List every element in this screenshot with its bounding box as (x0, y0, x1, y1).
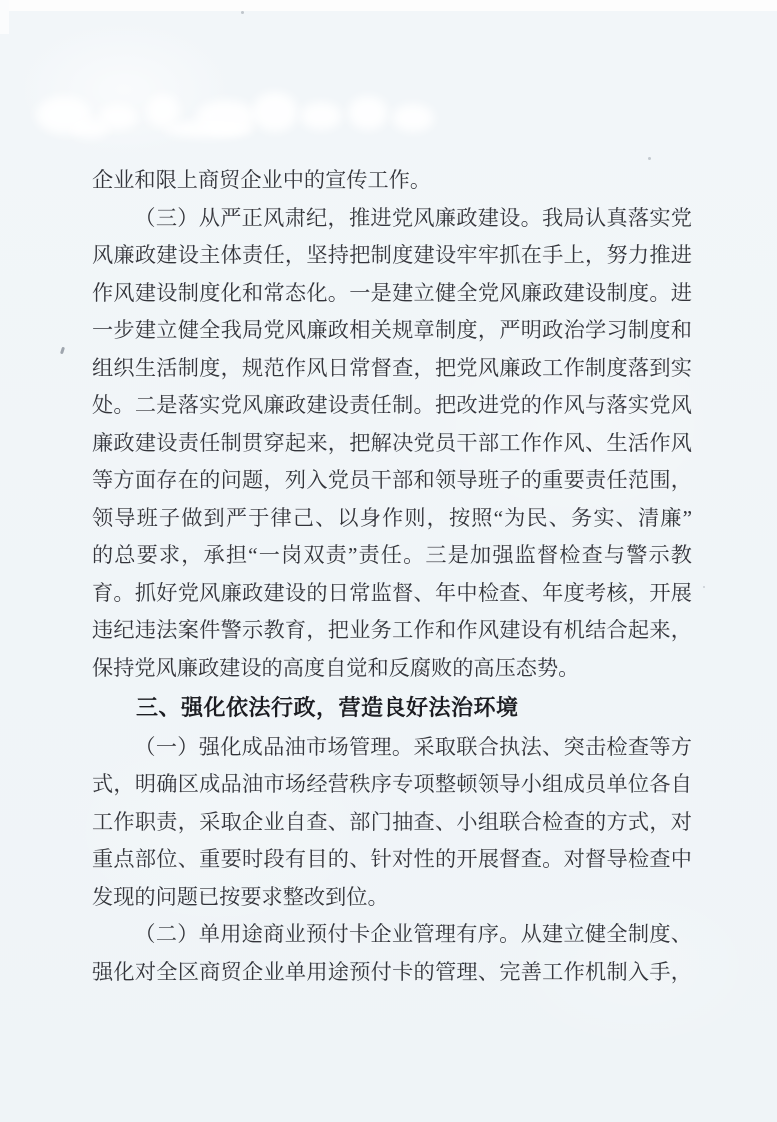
text-line: 企业和限上商贸企业中的宣传工作。 (92, 162, 692, 200)
scan-speck (648, 157, 651, 160)
text-line: 风廉政建设主体责任，坚持把制度建设牢牢抓在手上，努力推进 (92, 237, 692, 275)
text-line: 等方面存在的问题，列入党员干部和领导班子的重要责任范围， (92, 462, 692, 500)
paragraph: （二）单用途商业预付卡企业管理有序。从建立健全制度、强化对全区商贸企业单用途预付… (92, 916, 692, 991)
paragraph: 企业和限上商贸企业中的宣传工作。 (92, 162, 692, 200)
text-line: 作风建设制度化和常态化。一是建立健全党风廉政建设制度。进 (92, 275, 692, 313)
text-line: 工作职责，采取企业自查、部门抽查、小组联合检查的方式，对 (92, 804, 692, 842)
text-line: 式，明确区成品油市场经营秩序专项整顿领导小组成员单位各自 (92, 766, 692, 804)
text-line: （三）从严正风肃纪，推进党风廉政建设。我局认真落实党 (92, 200, 692, 238)
paragraph: （三）从严正风肃纪，推进党风廉政建设。我局认真落实党风廉政建设主体责任，坚持把制… (92, 200, 692, 688)
scan-speck (703, 586, 705, 588)
scan-speck (241, 11, 244, 14)
text-line: 违纪违法案件警示教育，把业务工作和作风建设有机结合起来， (92, 612, 692, 650)
scan-edge-left (0, 0, 9, 34)
text-line: 领导班子做到严于律己、以身作则，按照“为民、务实、清廉” (92, 500, 692, 538)
text-line: 重点部位、重要时段有目的、针对性的开展督查。对督导检查中 (92, 841, 692, 879)
text-line: 保持党风廉政建设的高度自觉和反腐败的高压态势。 (92, 650, 692, 688)
scan-speck (60, 347, 65, 355)
text-line: 廉政建设责任制贯穿起来，把解决党员干部工作作风、生活作风 (92, 425, 692, 463)
text-line: （二）单用途商业预付卡企业管理有序。从建立健全制度、 (92, 916, 692, 954)
text-line: 强化对全区商贸企业单用途预付卡的管理、完善工作机制入手， (92, 954, 692, 992)
heading-line: 三、强化依法行政，营造良好法治环境 (92, 689, 692, 727)
text-line: 组织生活制度，规范作风日常督查，把党风廉政工作制度落到实 (92, 350, 692, 388)
scanned-document-page: 企业和限上商贸企业中的宣传工作。（三）从严正风肃纪，推进党风廉政建设。我局认真落… (0, 0, 777, 1122)
text-line: 的总要求，承担“一岗双责”责任。三是加强监督检查与警示教 (92, 537, 692, 575)
document-body: 企业和限上商贸企业中的宣传工作。（三）从严正风肃纪，推进党风廉政建设。我局认真落… (92, 162, 692, 991)
paragraph: （一）强化成品油市场管理。采取联合执法、突击检查等方式，明确区成品油市场经营秩序… (92, 729, 692, 917)
text-line: （一）强化成品油市场管理。采取联合执法、突击检查等方 (92, 729, 692, 767)
text-line: 处。二是落实党风廉政建设责任制。把改进党的作风与落实党风 (92, 387, 692, 425)
text-line: 一步建立健全我局党风廉政相关规章制度，严明政治学习制度和 (92, 312, 692, 350)
text-line: 发现的问题已按要求整改到位。 (92, 879, 692, 917)
section-heading: 三、强化依法行政，营造良好法治环境 (92, 689, 692, 727)
text-line: 育。抓好党风廉政建设的日常监督、年中检查、年度考核，开展 (92, 575, 692, 613)
scan-edge-top (0, 0, 777, 11)
